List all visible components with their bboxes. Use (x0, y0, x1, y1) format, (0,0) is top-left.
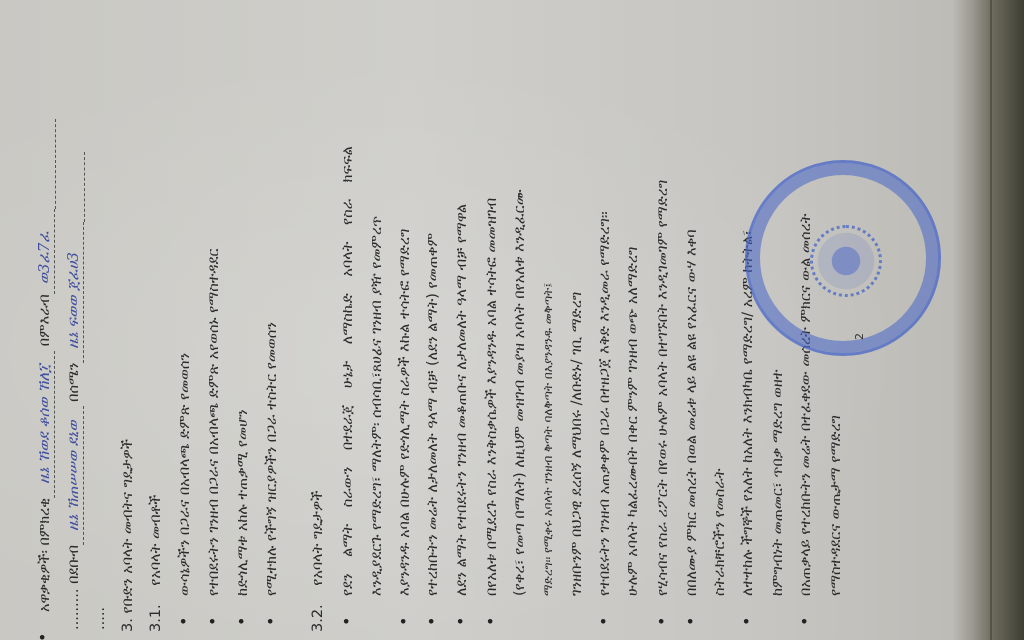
label-west: በምእራብ (37, 294, 53, 346)
handwritten-south: ዜኔ ኸጠሠሠወ ደኒወ (63, 406, 84, 545)
blank-line (35, 119, 56, 209)
dots-line: ..... (90, 607, 110, 630)
duties-item: በበለሙያ ምክር መሰረት በወል መሬቱ ላይ ልዩ ልዩ የአፈርና ውሃ… (682, 229, 702, 596)
handwritten-west: ወ3ፈ7ፈ (34, 209, 55, 294)
rights-item: የሚተክሉ የችግኝ ዝርያዎችን በጋራ ተስትር የመወሰን (262, 322, 282, 596)
section-3-title: 3. የቡድን አባላት መብትና ግዴታዎች (118, 439, 138, 632)
duties-item-cont: ከምግብነት መጠመር፣ ጥበቃ ማድረግ ወዘተ (768, 369, 788, 596)
duties-item-cont: ገንዘቡንም በህጋዊ ደረሰኝ ለማህበሩ /ለቡድኑ/ ገቢ ማድረግ (567, 292, 587, 596)
section-3-2-heading: 3.2. የአባላት ግዴታዎች (308, 491, 328, 632)
rights-item: የተበደሩትን ገንዘብ በጋራና በአብላጫ ድምጽ አየወሰኑ የማስተዳደ… (204, 249, 224, 597)
rights-item: ውሳኔዎችን በጋራና በአብላጫ ድምጽ የመወሰን (175, 353, 195, 596)
duties-item-cont: ስትራክቸሮችን የመስራት (710, 468, 730, 596)
section-number: 3.1. (148, 604, 164, 632)
handwritten-north: ዜኔ ፍወወ ጀፈሀ3 (63, 222, 84, 363)
blank-line (64, 152, 85, 222)
boundary-line-2: ......... በደቡብዜኔ ኸጠሠሠወ ደኒወ በሰሜንዜኔ ፍወወ ጀፈ… (63, 152, 85, 630)
label-north: በሰሜን (66, 363, 82, 402)
stamp-ring-text (748, 163, 938, 353)
duties-item-cont: እንዲያደርጉ የማድረግ፣ ማለትም፡ ሰብሳቢ፣ጸሀፊና ገንዘብ ያዥ የ… (367, 216, 387, 596)
label-south: በደቡብ (66, 545, 82, 584)
duties-item: የተበደሩትን ገንዘብ አጠቃቀም በጋራ በተዘጋጀ እቅድ እንዲመራ የ… (595, 211, 615, 596)
label-east: አዋቃቂዎች፡ በምክረቂ (37, 498, 53, 612)
page-number: 2 (853, 333, 866, 340)
official-stamp (745, 160, 941, 356)
section-title: የአባላት ግዴታዎች (310, 491, 326, 586)
duties-item: የተረከቡትን መሬት ለታለመለት ዓላማ ብቻ (ለደን ልማት) የመጠቀ… (423, 233, 443, 596)
duties-item: የደን ልማት ስራውን በተደራጀ ሁኔታ ለማስኬድ አባላት የስራ ክፍ… (338, 146, 358, 596)
dots-prefix: ......... (66, 589, 82, 630)
handwritten-east: ዜኔ ኸወደ ቆሰወ ኸለ፲ (34, 351, 55, 498)
section-title: የአባላት መብቶች (148, 495, 164, 586)
boundary-line-1: አዋቃቂዎች፡ በምክረቂዜኔ ኸወደ ቆሰወ ኸለ፲ በምእራብወ3ፈ7ፈ (34, 119, 56, 612)
rights-item: ከድጎሊማቱ አከሉ ተጠቃሚ የመሆን (233, 409, 253, 596)
duties-item: በየአለቱ በሚደረጉ የስራ እንቅስቃሴዎች እያንዳንዱ አባል ተሳትፎ… (482, 198, 502, 596)
duties-item: እያንዳንዱ አባል በሁሉም የድጎሊማት ስራዎች እኩል ተሳትፎ የማድ… (395, 229, 415, 596)
duties-item: ለደን ልማት የተበደሩትን ገንዘብ መቆጠቡና ለታለመለት ዓላማ ብቻ… (452, 204, 472, 596)
duties-item: የሂሳብና የስራ ሪፖርት በየወሩ ሁሉም አባላት በተገኙበት እንዲገ… (653, 180, 673, 596)
duties-item-cont: (የቀረ፣ የመጣ በማለት) ለዚህም መዝገብ መያዝ አባላት በየአለቱ… (510, 189, 530, 596)
duties-item-cont: ማድረግ፡፡ የሚቀሩ አባላት ገንዘብ ቅጣት ባለቅጣት በእያንዳንዱ … (538, 283, 558, 596)
section-number: 3.2. (310, 604, 326, 632)
section-3-1-heading: 3.1. የአባላት መብቶች (146, 495, 166, 632)
duties-item-cont: የማስተዳደርና ውጤታማ የማድረግ (826, 415, 846, 596)
duties-item-cont: ሁሉም አባላት ካልፈረሙበት በቀር ምንም ገንዘብ ወጭ አለማድረግ (623, 247, 643, 596)
